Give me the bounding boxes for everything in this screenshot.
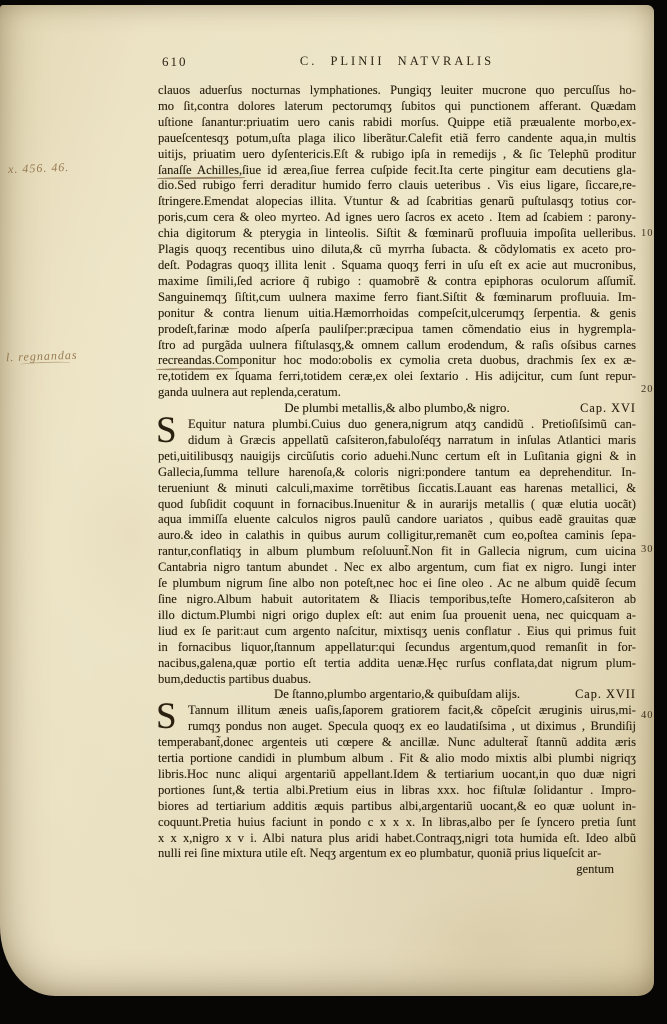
book-page: 610 C. PLINII NATVRALIS clauos aduerſus … bbox=[0, 5, 654, 996]
text-line: didum à Græcis appellatũ caſsiteron,fabu… bbox=[158, 433, 636, 449]
margin-line-number: 30 bbox=[641, 544, 659, 555]
text-line: ſine nigro.Album habuit autoritatem & Il… bbox=[158, 592, 636, 608]
text-line: Sanguinemqʒ ſiſtit,cum uulnera maxime fe… bbox=[158, 290, 636, 306]
text-line: aqua immiſſa eluente calculos nigros pau… bbox=[158, 512, 636, 528]
text-line: poris,cum cera & oleo myrteo. Ad ignes u… bbox=[158, 210, 636, 226]
chapter-heading-16: De plumbi metallis,& albo plumbo,& nigro… bbox=[158, 401, 636, 417]
handwritten-margin-note: l. regnandas bbox=[6, 348, 78, 367]
text-line: maxime ſimili,ſed acriore q̃ rubigo : qu… bbox=[158, 274, 636, 290]
text-line: illo dictum.Plumbi nigri origo duplex eſ… bbox=[158, 608, 636, 624]
text-line: nacibus,galena,quæ portio eſt tertia add… bbox=[158, 656, 636, 672]
text-line: liud ex ſe parit:aut cum argento naſcitu… bbox=[158, 624, 636, 640]
drop-cap-initial: S bbox=[156, 701, 186, 733]
text-line: tertia portione candidi in plumbum album… bbox=[158, 751, 636, 767]
text-line: rumqʒ pondus non auget. Specula quoqʒ ex… bbox=[158, 719, 636, 735]
chapter-title: De plumbi metallis,& albo plumbo,& nigro… bbox=[158, 401, 636, 417]
paragraph-tin: S Tannum illitum æneis uaſis,ſaporem gra… bbox=[158, 703, 636, 862]
chapter-heading-17: De ſtanno,plumbo argentario,& quibuſdam … bbox=[158, 687, 636, 703]
text-line: quod ſubſidit coquunt in fornacibus.Inue… bbox=[158, 497, 636, 513]
text-line: coquunt.Pretia huius faciunt in pondo c … bbox=[158, 815, 636, 831]
text-line: peti,uitilibusqʒ nauigijs circũſutis cor… bbox=[158, 449, 636, 465]
text-line: bum,deductis partibus duabus. bbox=[158, 672, 636, 688]
text-line: Equitur natura plumbi.Cuius duo genera,n… bbox=[158, 417, 636, 433]
text-line: Cantabria nigro tantum abundet . Nec ex … bbox=[158, 560, 636, 576]
text-line: re,totidem ex ſquama ferri,totidem ceræ,… bbox=[158, 369, 636, 385]
text-line: clauos aduerſus nocturnas lymphationes. … bbox=[158, 83, 636, 99]
catchword: gentum bbox=[158, 862, 636, 878]
running-title: C. PLINII NATVRALIS bbox=[158, 54, 636, 69]
chapter-title: De ſtanno,plumbo argentario,& quibuſdam … bbox=[158, 687, 636, 703]
text-line: ſtro ad purgãda uulnera fiſtulasqʒ,& omn… bbox=[158, 338, 636, 354]
text-line: prodeſt,farinæ modo aſperſa pauliſper:pr… bbox=[158, 322, 636, 338]
paper-stain bbox=[380, 885, 600, 1005]
margin-line-number: 40 bbox=[641, 710, 659, 721]
margin-line-number: 20 bbox=[641, 384, 659, 395]
text-line: ſe plumbum nigrum ſine albo non poteſt,n… bbox=[158, 576, 636, 592]
text-line: ganda uulnera aut replenda,ceratum. bbox=[158, 385, 636, 401]
text-line: chia digitorum & pterygia in linteolis. … bbox=[158, 226, 636, 242]
text-line: ponitur & contra lienum uitia.Hæmorrhoid… bbox=[158, 306, 636, 322]
text-line: temperabant̃,donec argenteis uti cœpere … bbox=[158, 735, 636, 751]
handwritten-margin-note: x. 456. 46. bbox=[8, 160, 70, 177]
text-line: dio.Sed rubigo ferri deraditur humido fe… bbox=[158, 178, 636, 194]
paragraph-lead-metals: S Equitur natura plumbi.Cuius duo genera… bbox=[158, 417, 636, 687]
margin-note-text: l. regnandas bbox=[6, 348, 78, 364]
text-line: Gallecia,ſumma tellure harenoſa,& colori… bbox=[158, 465, 636, 481]
margin-line-number: 10 bbox=[641, 228, 659, 239]
text-line: uſtione ſanantur:priuatim uero canis rab… bbox=[158, 115, 636, 131]
text-line: biores ad tertiarium additis æquis parti… bbox=[158, 799, 636, 815]
text-column: clauos aduerſus nocturnas lymphationes. … bbox=[158, 83, 636, 878]
text-line: uitijs, priuatim uero dyſentericis.Eſt &… bbox=[158, 147, 636, 163]
text-line: x x x,nigro x v i. Albi natura plus arid… bbox=[158, 831, 636, 847]
text-line: portiones ſunt,& tertia albi.Pretium eiu… bbox=[158, 783, 636, 799]
text-line: in fornacibus liquor,ſtannum appellatur:… bbox=[158, 640, 636, 656]
text-line: paueſcentesqʒ potum,uſta plaga ilico lib… bbox=[158, 131, 636, 147]
drop-cap-initial: S bbox=[156, 415, 186, 447]
text-line: ſtringere.Emendat alopecias illita. Vtun… bbox=[158, 194, 636, 210]
text-line: terueniunt & minuti calculi,maxime torrẽ… bbox=[158, 481, 636, 497]
text-line: rantur,conflatiqʒ in album plumbum reſol… bbox=[158, 544, 636, 560]
text-line: libris.Hoc nunc aliqui argentariũ appell… bbox=[158, 767, 636, 783]
chapter-number: Cap. XVI bbox=[580, 401, 636, 417]
chapter-number: Cap. XVII bbox=[575, 687, 636, 703]
text-line: nulli rei ſine mixtura utile eſt. Neqʒ a… bbox=[158, 846, 636, 862]
text-line: mo ſit,contra dolores laterum pectorumqʒ… bbox=[158, 99, 636, 115]
text-line: deſt. Podagras quoqʒ illita lenit . Squa… bbox=[158, 258, 636, 274]
text-line: auro.& ideo in calathis in quibus aurum … bbox=[158, 528, 636, 544]
paragraph-iron-remedies: clauos aduerſus nocturnas lymphationes. … bbox=[158, 83, 636, 401]
text-line: Tannum illitum æneis uaſis,ſaporem grati… bbox=[158, 703, 636, 719]
text-line: Plagis quoqʒ recentibus uino diluta,& cũ… bbox=[158, 242, 636, 258]
